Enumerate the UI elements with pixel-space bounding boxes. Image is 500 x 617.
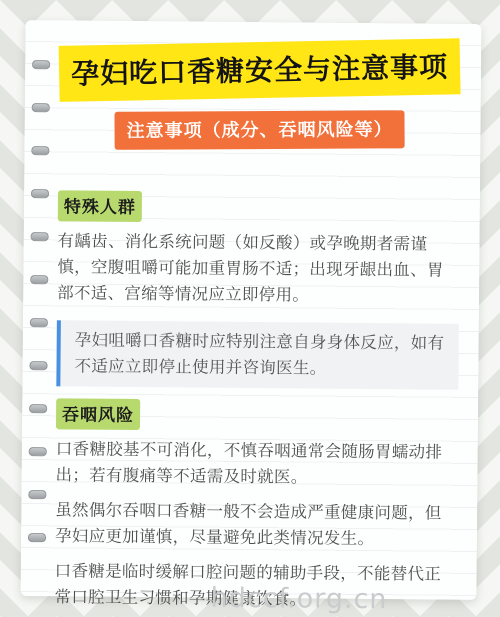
section-swallowing-risk: 吞咽风险 口香糖胶基不可消化，不慎吞咽通常会随肠胃蠕动排出；若有腹痛等不适需及时… (54, 386, 458, 613)
card-content: 孕妇吃口香糖安全与注意事项 注意事项（成分、吞咽风险等） 特殊人群 有龋齿、消化… (20, 40, 481, 617)
chevron-background: { "header": { "title": "孕妇吃口香糖安全与注意事项", … (0, 0, 500, 617)
section-badge: 吞咽风险 (56, 398, 140, 430)
paragraph: 虽然偶尔吞咽口香糖一般不会造成严重健康问题，但孕妇应更加谨慎，尽量避免此类情况发… (55, 497, 457, 553)
notebook-card: 孕妇吃口香糖安全与注意事项 注意事项（成分、吞咽风险等） 特殊人群 有龋齿、消化… (20, 20, 481, 600)
paragraph: 有龋齿、消化系统问题（如反酸）或孕晚期者需谨慎，空腹咀嚼可能加重胃肠不适；出现牙… (57, 228, 460, 310)
section-badge: 特殊人群 (58, 190, 142, 222)
section-special-groups: 特殊人群 有龋齿、消化系统问题（如反酸）或孕晚期者需谨慎，空腹咀嚼可能加重胃肠不… (56, 190, 460, 390)
watermark: hdccf.org.cn (210, 583, 387, 616)
paragraph: 口香糖胶基不可消化，不慎吞咽通常会随肠胃蠕动排出；若有腹痛等不适需及时就医。 (55, 436, 457, 492)
page-subtitle: 注意事项（成分、吞咽风险等） (114, 110, 404, 150)
page-title: 孕妇吃口香糖安全与注意事项 (59, 38, 461, 102)
callout-box: 孕妇咀嚼口香糖时应特别注意自身身体反应，如有不适应立即停止使用并咨询医生。 (56, 320, 459, 390)
